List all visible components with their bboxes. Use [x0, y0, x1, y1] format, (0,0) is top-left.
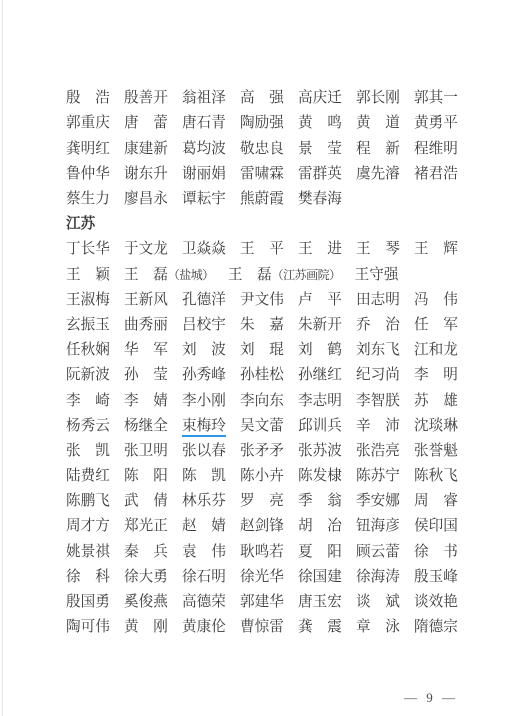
name-item: 谢丽娟 [182, 167, 226, 182]
name-item: 鲁仲华 [66, 167, 110, 182]
name-row: 陶可伟黄 刚黄康伦曹惊雷龚 震章 泳隋德宗 [66, 615, 470, 640]
name-item: 周才方 [66, 519, 110, 534]
name-item: 阮新波 [66, 368, 110, 383]
name-item: 谈效艳 [414, 595, 458, 610]
name-item: 胡 冶 [298, 519, 342, 534]
name-item: 张誉魁 [414, 444, 458, 459]
name-item: 樊春海 [298, 192, 342, 207]
name-item: 王 磊（江苏画院） [228, 268, 341, 283]
name-row: 殷 浩殷善开翁祖泽高 强高庆迁郭长刚郭其一 [66, 86, 470, 111]
name-row: 王淑梅王新风孔德洋尹文伟卢 平田志明冯 伟 [66, 288, 470, 313]
name-item: 李 婧 [124, 394, 168, 409]
name-item: 任秋娴 [66, 343, 110, 358]
name-row: 李 崎李 婧李小刚李向东李志明李智朕苏 雄 [66, 388, 470, 413]
name-item: 孙秀峰 [182, 368, 226, 383]
name-item: 王 进 [298, 242, 342, 257]
name-row: 玄振玉曲秀丽吕校宇朱 嘉朱新开乔 治任 军 [66, 313, 470, 338]
name-item: 林乐芬 [182, 494, 226, 509]
name-item: 赵 婧 [182, 519, 226, 534]
name-item: 章 泳 [356, 620, 400, 635]
name-item: 殷国勇 [66, 595, 110, 610]
name-item: 罗 亮 [240, 494, 284, 509]
name-item: 张矛矛 [240, 444, 284, 459]
name-item: 乔 治 [356, 318, 400, 333]
name-item: 卫焱焱 [182, 242, 226, 257]
name-row: 陈鹏飞武 倩林乐芬罗 亮季 翁季安娜周 睿 [66, 489, 470, 514]
name-item: 高 强 [240, 91, 284, 106]
name-item: 龚明红 [66, 142, 110, 157]
name-item: 徐大勇 [124, 570, 168, 585]
name-item: 耿鸣若 [240, 545, 284, 560]
name-item: 吕校宇 [182, 318, 226, 333]
name-item: 敬忠良 [240, 142, 284, 157]
name-item: 廖昌永 [124, 192, 168, 207]
name-item: 王 平 [240, 242, 284, 257]
name-item: 熊蔚霞 [240, 192, 284, 207]
name-item: 王新风 [124, 293, 168, 308]
name-item: 徐 书 [414, 545, 458, 560]
name-item: 玄振玉 [66, 318, 110, 333]
name-row: 郭重庆唐 蕾唐石青陶励强黄 鸣黄 道黄勇平 [66, 111, 470, 136]
name-item: 雷群英 [298, 167, 342, 182]
name-item: 于文龙 [124, 242, 168, 257]
name-row: 姚景祺秦 兵袁 伟耿鸣若夏 阳顾云蕾徐 书 [66, 539, 470, 564]
name-item: 纪习尚 [356, 368, 400, 383]
name-item: 李 崎 [66, 394, 110, 409]
name-item: 江和龙 [414, 343, 458, 358]
name-item: 田志明 [356, 293, 400, 308]
name-item: 朱 嘉 [240, 318, 284, 333]
name-row: 张 凯张卫明张以春张矛矛张苏波张浩亮张誉魁 [66, 439, 470, 464]
document-page: { "page": { "background": "#ffffff", "te… [0, 0, 530, 716]
name-item: 邱训兵 [298, 419, 342, 434]
name-item: 郭其一 [414, 91, 458, 106]
name-item: 徐光华 [240, 570, 284, 585]
name-item: 谭耘宇 [182, 192, 226, 207]
name-item: 黄 道 [356, 116, 400, 131]
name-item: 郭建华 [240, 595, 284, 610]
name-row: 周才方郑光正赵 婧赵剑锋胡 冶钮海彦侯印国 [66, 514, 470, 539]
name-row: 蔡生力廖昌永谭耘宇熊蔚霞樊春海 [66, 187, 470, 212]
name-item: 曹惊雷 [240, 620, 284, 635]
name-item: 雷啸霖 [240, 167, 284, 182]
page-edge-line [2, 0, 3, 716]
name-item: 张浩亮 [356, 444, 400, 459]
name-item: 张 凯 [66, 444, 110, 459]
name-item: 龚 震 [298, 620, 342, 635]
name-item: 虞先濬 [356, 167, 400, 182]
name-row: 龚明红康建新葛均波敬忠良景 莹程 新程维明 [66, 136, 470, 161]
name-item: 赵剑锋 [240, 519, 284, 534]
name-list: 殷 浩殷善开翁祖泽高 强高庆迁郭长刚郭其一郭重庆唐 蕾唐石青陶励强黄 鸣黄 道黄… [66, 86, 470, 640]
name-item: 卢 平 [298, 293, 342, 308]
name-item: 孙 莹 [124, 368, 168, 383]
name-item: 陈 凯 [182, 469, 226, 484]
name-item: 葛均波 [182, 142, 226, 157]
name-item: 翁祖泽 [182, 91, 226, 106]
name-item: 黄 刚 [124, 620, 168, 635]
name-item: 殷善开 [124, 91, 168, 106]
name-item: 陈小卉 [240, 469, 284, 484]
name-item: 冯 伟 [414, 293, 458, 308]
name-item: 陈秋飞 [414, 469, 458, 484]
name-item: 奚俊燕 [124, 595, 168, 610]
name-item: 高庆迁 [298, 91, 342, 106]
name-item: 丁长华 [66, 242, 110, 257]
name-item: 王 琴 [356, 242, 400, 257]
name-item: 张以春 [182, 444, 226, 459]
name-item: 袁 伟 [182, 545, 226, 560]
name-item: 徐石明 [182, 570, 226, 585]
name-row: 王 颖王 磊（盐城）王 磊（江苏画院）王守强 [66, 262, 470, 287]
name-item: 王 磊（盐城） [124, 268, 214, 283]
name-item: 侯印国 [414, 519, 458, 534]
highlighted-name: 束梅玲 [182, 419, 226, 438]
name-item: 郭长刚 [356, 91, 400, 106]
name-item: 隋德宗 [414, 620, 458, 635]
name-item: 王 颖 [66, 268, 110, 283]
name-item: 黄勇平 [414, 116, 458, 131]
page-number: — 9 — [404, 690, 458, 706]
name-item: 殷 浩 [66, 91, 110, 106]
name-item: 陈苏宁 [356, 469, 400, 484]
name-item: 王 辉 [414, 242, 458, 257]
name-item: 郑光正 [124, 519, 168, 534]
name-item: 蔡生力 [66, 192, 110, 207]
name-row: 鲁仲华谢东升谢丽娟雷啸霖雷群英虞先濬褚君浩 [66, 162, 470, 187]
name-item: 徐海涛 [356, 570, 400, 585]
name-item: 杨继全 [124, 419, 168, 434]
name-item: 周 睿 [414, 494, 458, 509]
name-item: 李小刚 [182, 394, 226, 409]
name-item: 孙继红 [298, 368, 342, 383]
name-item: 景 莹 [298, 142, 342, 157]
name-item: 王淑梅 [66, 293, 110, 308]
name-item: 孙桂松 [240, 368, 284, 383]
name-item: 谈 斌 [356, 595, 400, 610]
name-item: 陶励强 [240, 116, 284, 131]
name-item: 钮海彦 [356, 519, 400, 534]
name-item: 朱新开 [298, 318, 342, 333]
name-item: 褚君浩 [414, 167, 458, 182]
name-item: 孔德洋 [182, 293, 226, 308]
name-item: 李向东 [240, 394, 284, 409]
name-row: 陆费红陈 阳陈 凯陈小卉陈发棣陈苏宁陈秋飞 [66, 464, 470, 489]
name-item: 季 翁 [298, 494, 342, 509]
name-item: 陈发棣 [298, 469, 342, 484]
name-item: 曲秀丽 [124, 318, 168, 333]
name-item: 唐石青 [182, 116, 226, 131]
name-item: 刘 鹤 [298, 343, 342, 358]
name-item: 尹文伟 [240, 293, 284, 308]
name-item: 郭重庆 [66, 116, 110, 131]
name-item: 华 军 [124, 343, 168, 358]
name-row: 任秋娴华 军刘 波刘 琨刘 鹤刘东飞江和龙 [66, 338, 470, 363]
name-item: 辛 沛 [356, 419, 400, 434]
name-item: 高德荣 [182, 595, 226, 610]
name-item: 顾云蕾 [356, 545, 400, 560]
name-item: 张苏波 [298, 444, 342, 459]
name-item: 刘东飞 [356, 343, 400, 358]
name-item: 李智朕 [356, 394, 400, 409]
name-row: 丁长华于文龙卫焱焱王 平王 进王 琴王 辉 [66, 237, 470, 262]
name-item: 王守强 [355, 268, 399, 283]
name-row: 阮新波孙 莹孙秀峰孙桂松孙继红纪习尚李 明 [66, 363, 470, 388]
name-item: 武 倩 [124, 494, 168, 509]
name-item: 黄康伦 [182, 620, 226, 635]
name-item: 夏 阳 [298, 545, 342, 560]
name-item: 季安娜 [356, 494, 400, 509]
name-item: 任 军 [414, 318, 458, 333]
name-row: 徐 科徐大勇徐石明徐光华徐国建徐海涛殷玉峰 [66, 565, 470, 590]
name-note: （盐城） [168, 268, 214, 282]
name-item: 刘 波 [182, 343, 226, 358]
province-header: 江苏 [66, 212, 470, 237]
name-item: 杨秀云 [66, 419, 110, 434]
name-item: 谢东升 [124, 167, 168, 182]
name-item: 吴文蕾 [240, 419, 284, 434]
name-item: 沈琰琳 [414, 419, 458, 434]
name-item: 康建新 [124, 142, 168, 157]
name-item: 刘 琨 [240, 343, 284, 358]
name-item: 黄 鸣 [298, 116, 342, 131]
name-item: 陈鹏飞 [66, 494, 110, 509]
name-item: 秦 兵 [124, 545, 168, 560]
name-item: 唐玉宏 [298, 595, 342, 610]
name-row: 殷国勇奚俊燕高德荣郭建华唐玉宏谈 斌谈效艳 [66, 590, 470, 615]
name-item: 姚景祺 [66, 545, 110, 560]
name-item: 苏 雄 [414, 394, 458, 409]
name-item: 徐国建 [298, 570, 342, 585]
name-item: 李 明 [414, 368, 458, 383]
name-item: 程维明 [414, 142, 458, 157]
name-note: （江苏画院） [272, 268, 341, 282]
name-item: 殷玉峰 [414, 570, 458, 585]
name-item: 陈 阳 [124, 469, 168, 484]
name-row: 杨秀云杨继全束梅玲吴文蕾邱训兵辛 沛沈琰琳 [66, 413, 470, 438]
name-item: 唐 蕾 [124, 116, 168, 131]
name-item: 李志明 [298, 394, 342, 409]
name-item: 徐 科 [66, 570, 110, 585]
name-item: 陆费红 [66, 469, 110, 484]
name-item: 张卫明 [124, 444, 168, 459]
name-item: 程 新 [356, 142, 400, 157]
name-item: 陶可伟 [66, 620, 110, 635]
